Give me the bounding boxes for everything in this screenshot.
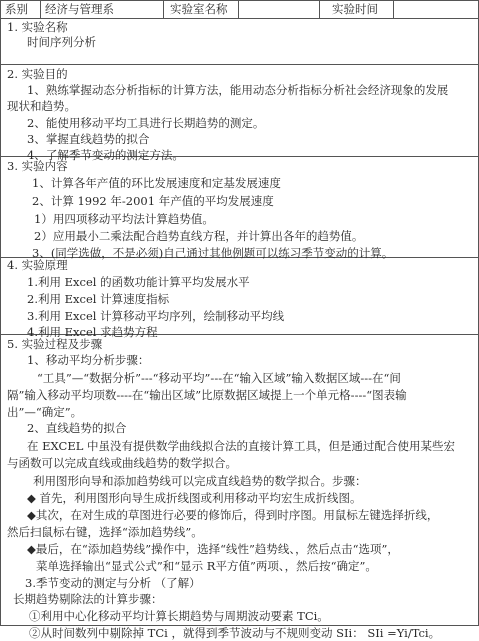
section-line: 1.利用 Excel 的函数功能计算平均发展水平	[27, 275, 250, 290]
section-line: 然后扫鼠标右键，选择“添加趋势线”。	[7, 525, 203, 540]
section-experiment-purpose: 2. 实验目的 1、熟练掌握动态分析指标的计算方法，能用动态分析指标分析社会经济…	[1, 65, 478, 157]
section-line: 2）应用最小二乘法配合趋势直线方程，并计算出各年的趋势值。	[34, 229, 363, 244]
section-line: 2、计算 1992 年-2001 年产值的平均发展速度	[32, 194, 274, 209]
section-line: 1、移动平均分析步骤：	[27, 353, 149, 368]
section-line: 3.利用 Excel 计算移动平均序列，绘制移动平均线	[27, 309, 284, 324]
lab-name-value[interactable]	[239, 1, 320, 18]
section-experiment-content: 3. 实验内容 1、计算各年产值的环比发展速度和定基发展速度 2、计算 1992…	[1, 157, 478, 258]
exp-time-value[interactable]	[394, 1, 478, 18]
header-row: 系别 经济与管理系 实验室名称 实验时间	[1, 1, 478, 19]
section-experiment-principle: 4. 实验原理 1.利用 Excel 的函数功能计算平均发展水平 2.利用 Ex…	[1, 258, 478, 335]
section-title: 1. 实验名称	[7, 20, 68, 35]
section-line: 长期趋势剔除法的计算步骤：	[13, 592, 163, 607]
section-line: ◆最后，在“添加趋势线”操作中，选择“线性”趋势线、，然后点击“选项”，	[27, 542, 399, 557]
dept-label: 系别	[1, 1, 41, 18]
section-line: 1、计算各年产值的环比发展速度和定基发展速度	[32, 176, 281, 191]
section-experiment-name: 1. 实验名称 时间序列分析	[1, 19, 478, 65]
section-line: ①利用中心化移动平均计算长期趋势与周期波动要素 TCi。	[29, 609, 329, 624]
section-line: 1、熟练掌握动态分析指标的计算方法，能用动态分析指标分析社会经济现象的发展	[27, 83, 448, 98]
section-line: 3.季节变动的测定与分析 （了解）	[25, 576, 201, 591]
section-experiment-procedure: 5. 实验过程及步骤 1、移动平均分析步骤： “工具”—“数据分析”---“移动…	[1, 335, 478, 625]
section-line: ◆其次，在对生成的草图进行必要的修饰后，得到时序图。用鼠标左键选择折线，	[27, 508, 438, 523]
section-line: 2、能使用移动平均工具进行长期趋势的测定。	[27, 116, 264, 131]
section-title: 3. 实验内容	[7, 159, 68, 174]
section-line: 1）用四项移动平均法计算趋势值。	[34, 212, 214, 227]
lab-report-form: 系别 经济与管理系 实验室名称 实验时间 1. 实验名称 时间序列分析 2. 实…	[0, 0, 479, 626]
section-line: 时间序列分析	[27, 35, 96, 50]
section-line: 利用图形向导和添加趋势线可以完成直线趋势的数学拟合。步骤：	[33, 474, 367, 489]
section-line: 2、直线趋势的拟合	[27, 421, 126, 436]
section-line: 出”—“确定”。	[7, 405, 82, 420]
section-line: 隔”输入移动平均项数----在“输出区域”比原数据区域提上一个单元格----“图…	[7, 388, 407, 403]
section-title: 4. 实验原理	[7, 258, 68, 273]
section-line: “工具”—“数据分析”---“移动平均”---在“输入区域”输入数据区域---在…	[37, 371, 401, 386]
section-line: 现状和趋势。	[7, 99, 76, 114]
section-title: 2. 实验目的	[7, 67, 68, 82]
section-line: 在 EXCEL 中虽没有提供数学曲线拟合法的直接计算工具，但是通过配合使用某些宏	[27, 439, 455, 454]
section-line: 与函数可以完成直线或曲线趋势的数学拟合。	[7, 456, 237, 471]
section-line: 3、掌握直线趋势的拟合	[27, 132, 149, 147]
section-line: 菜单选择输出“显式公式”和“显示 R平方值”两项、，然后按“确定”。	[36, 559, 377, 574]
lab-name-label: 实验室名称	[164, 1, 239, 18]
section-line: 2.利用 Excel 计算速度指标	[27, 292, 169, 307]
dept-value: 经济与管理系	[41, 1, 164, 18]
section-title: 5. 实验过程及步骤	[7, 337, 102, 352]
section-line: ◆ 首先，利用图形向导生成折线图或利用移动平均宏生成折线图。	[27, 491, 362, 506]
exp-time-label: 实验时间	[320, 1, 394, 18]
